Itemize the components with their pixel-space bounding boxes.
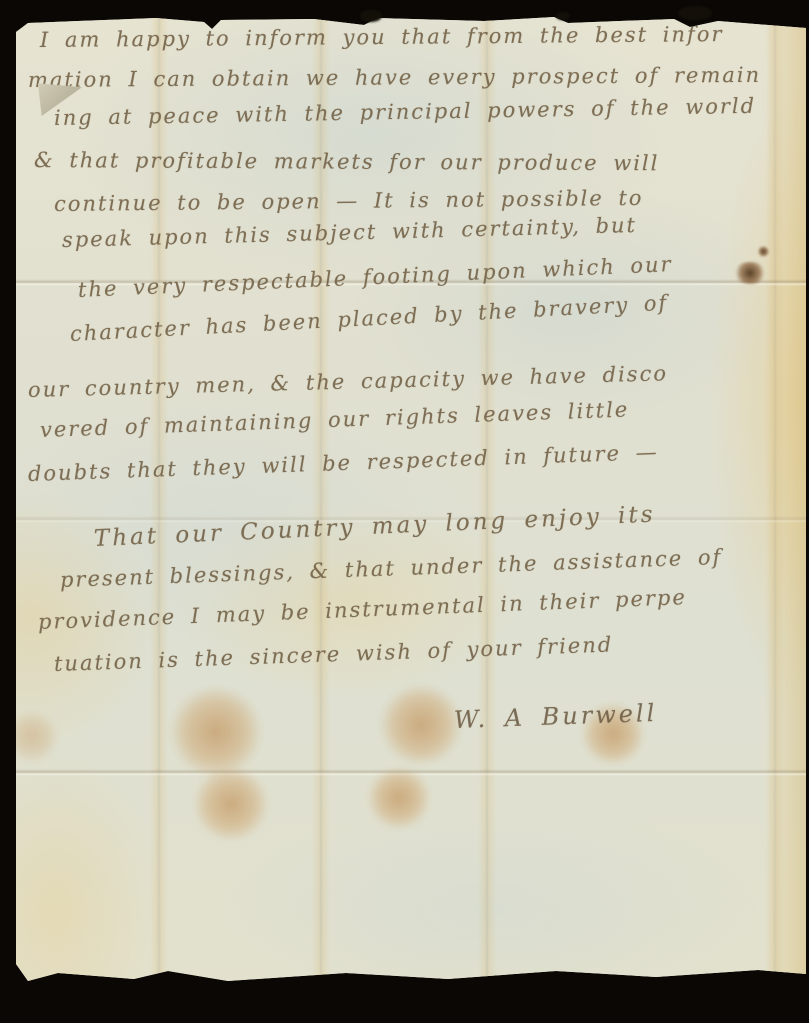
letter-line: I am happy to inform you that from the b…	[40, 22, 724, 52]
letter-line: doubts that they will be respected in fu…	[28, 440, 659, 486]
stain	[192, 768, 270, 840]
ink-blot	[758, 246, 769, 257]
stain	[366, 768, 432, 828]
letter-line: That our Country may long enjoy its	[93, 501, 656, 551]
letter-line: tuation is the sincere wish of your frie…	[54, 632, 614, 676]
edge-notch	[678, 6, 712, 20]
letter-line: vered of maintaining our rights leaves l…	[40, 397, 630, 442]
letter-line: providence I may be instrumental in thei…	[38, 585, 688, 634]
edge-notch	[360, 10, 382, 22]
letter-line: mation I can obtain we have every prospe…	[28, 63, 761, 92]
ink-blot	[734, 262, 766, 284]
letter-line: our country men, & the capacity we have …	[28, 361, 669, 402]
stain	[168, 688, 264, 776]
yellowed-right-edge	[764, 16, 806, 988]
letter-line: speak upon this subject with certainty, …	[62, 213, 638, 252]
letter-line: continue to be open — It is not possible…	[54, 186, 644, 216]
stain	[4, 712, 60, 762]
scanned-letter-page: I am happy to inform you that from the b…	[0, 0, 809, 1023]
edge-notch	[556, 12, 570, 20]
letter-page: I am happy to inform you that from the b…	[16, 16, 806, 988]
stain	[378, 686, 464, 764]
letter-line: & that profitable markets for our produc…	[34, 148, 660, 175]
